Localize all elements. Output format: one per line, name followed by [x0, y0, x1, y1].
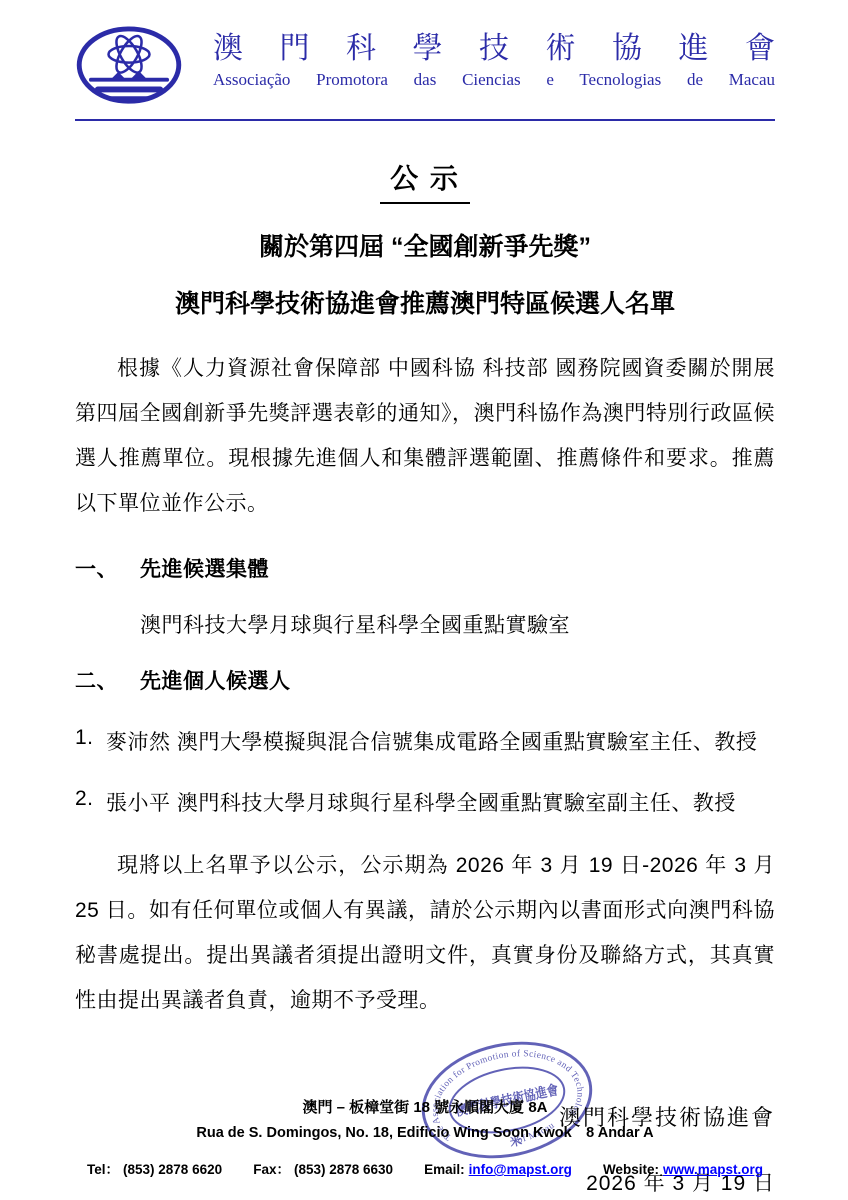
candidate-item-2: 2. 張小平 澳門科技大學月球與行星科學全國重點實驗室副主任、教授: [75, 787, 775, 817]
org-name-chinese: 澳 門 科 學 技 術 協 進 會: [213, 32, 775, 67]
footer-tel: Tel：(853) 2878 6620: [87, 1158, 222, 1178]
section1-item: 澳門科技大學月球與行星科學全國重點實驗室: [140, 609, 775, 639]
candidate-2-text: 張小平 澳門科技大學月球與行星科學全國重點實驗室副主任、教授: [106, 787, 736, 817]
fax-label: Fax：: [253, 1162, 290, 1177]
email-link[interactable]: info@mapst.org: [469, 1162, 572, 1177]
section2-heading: 二、 先進個人候選人: [75, 665, 775, 695]
email-label: Email:: [424, 1162, 465, 1177]
tel-number: (853) 2878 6620: [123, 1162, 222, 1177]
website-link[interactable]: www.mapst.org: [663, 1162, 763, 1177]
association-logo: [75, 26, 183, 108]
section1-title: 先進候選集體: [140, 553, 269, 583]
intro-paragraph: 根據《人力資源社會保障部 中國科協 科技部 國務院國資委關於開展第四屆全國創新爭…: [75, 346, 775, 526]
notice-subtitle-1: 關於第四屆 “全國創新爭先獎”: [75, 227, 775, 263]
footer-email: Email:info@mapst.org: [424, 1162, 572, 1177]
document-page: 澳 門 科 學 技 術 協 進 會 Associação Promotora d…: [0, 0, 848, 1200]
org-name-portuguese: Associação Promotora das Ciencias e Tecn…: [213, 70, 775, 90]
section1-number: 一、: [75, 553, 140, 583]
fax-number: (853) 2878 6630: [294, 1162, 393, 1177]
candidate-1-text: 麥沛然 澳門大學模擬與混合信號集成電路全國重點實驗室主任、教授: [106, 726, 757, 756]
candidate-2-number: 2.: [75, 787, 106, 817]
footer-address-portuguese: Rua de S. Domingos, No. 18, Edificio Win…: [75, 1121, 775, 1142]
notice-title: 公 示: [380, 157, 470, 204]
section2-number: 二、: [75, 665, 140, 695]
notice-subtitle-2: 澳門科學技術協進會推薦澳門特區候選人名單: [75, 284, 775, 320]
tel-label: Tel：: [87, 1162, 119, 1177]
footer-fax: Fax：(853) 2878 6630: [253, 1158, 393, 1178]
footer-address-chinese: 澳門 – 板樟堂街 18 號永順閣大廈 8A: [75, 1096, 775, 1117]
section2-title: 先進個人候選人: [140, 665, 291, 695]
header-divider: [75, 119, 775, 121]
footer-website: Website:www.mapst.org: [603, 1162, 763, 1177]
website-label: Website:: [603, 1162, 659, 1177]
letterhead: 澳 門 科 學 技 術 協 進 會 Associação Promotora d…: [75, 26, 775, 108]
candidate-1-number: 1.: [75, 726, 106, 756]
candidate-item-1: 1. 麥沛然 澳門大學模擬與混合信號集成電路全國重點實驗室主任、教授: [75, 726, 775, 756]
footer-contacts: Tel：(853) 2878 6620 Fax：(853) 2878 6630 …: [75, 1158, 775, 1178]
org-names: 澳 門 科 學 技 術 協 進 會 Associação Promotora d…: [213, 26, 775, 90]
association-logo-icon: [75, 26, 183, 108]
closing-paragraph: 現將以上名單予以公示，公示期為 2026 年 3 月 19 日-2026 年 3…: [75, 843, 775, 1023]
section1-heading: 一、 先進候選集體: [75, 553, 775, 583]
footer: 澳門 – 板樟堂街 18 號永順閣大廈 8A Rua de S. Domingo…: [75, 1096, 775, 1178]
